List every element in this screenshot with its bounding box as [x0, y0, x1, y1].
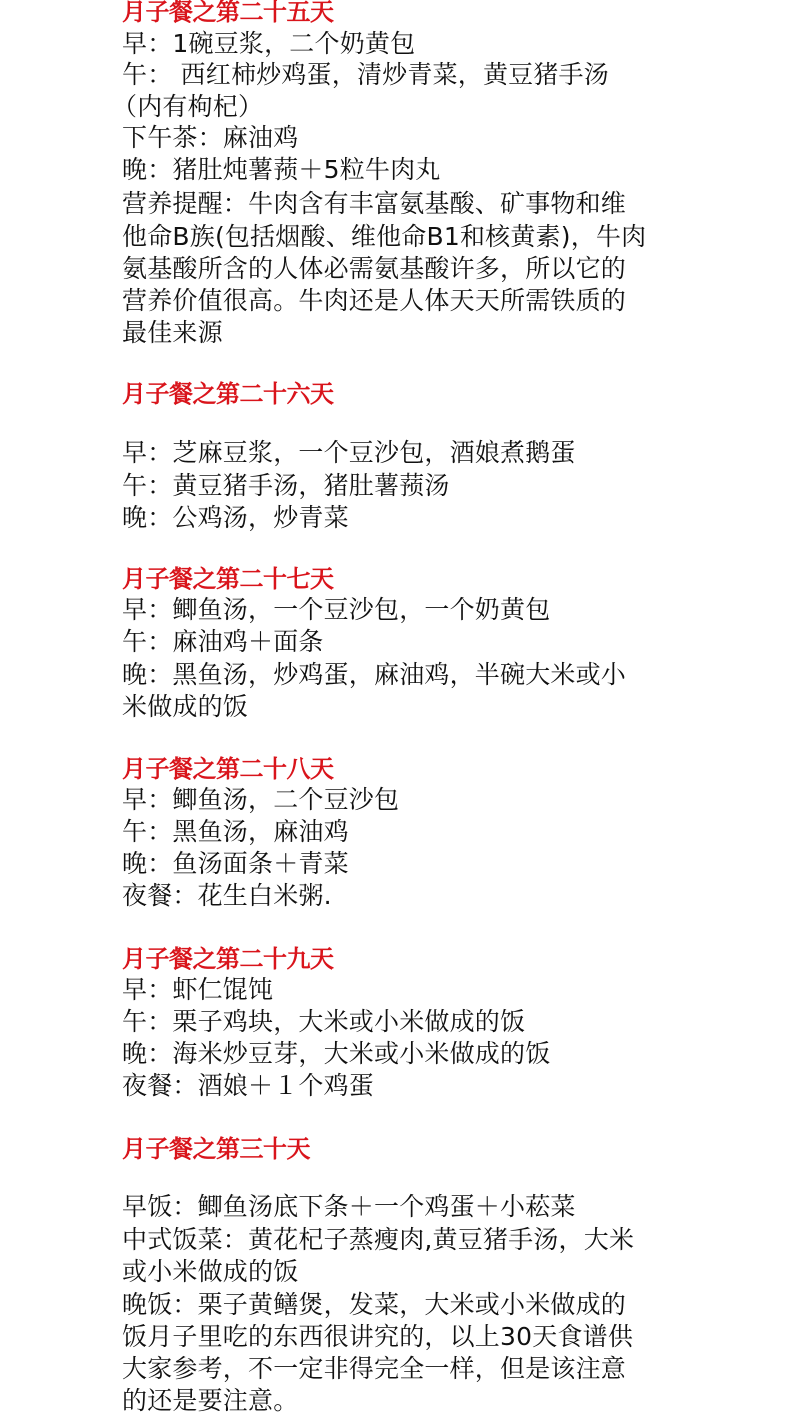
day-30-dinner: 晚饭：栗子黄鳝煲，发菜，大米或小米做成的 — [122, 1290, 626, 1320]
day-25-breakfast: 早：1碗豆浆，二个奶黄包 — [122, 29, 415, 59]
day-25-nutrition-tip-cont: 营养价值很高。牛肉还是人体天天所需铁质的 — [122, 286, 626, 316]
day-25-nutrition-tip-cont: 氨基酸所含的人体必需氨基酸许多，所以它的 — [122, 254, 626, 284]
day-25-title: 月子餐之第二十五天 — [122, 0, 334, 26]
day-26-breakfast: 早：芝麻豆浆，一个豆沙包，酒娘煮鹅蛋 — [122, 438, 576, 468]
day-29-lunch: 午：栗子鸡块，大米或小米做成的饭 — [122, 1007, 525, 1037]
day-25-afternoon-tea: 下午茶：麻油鸡 — [122, 123, 298, 153]
day-26-title: 月子餐之第二十六天 — [122, 380, 334, 408]
day-28-title: 月子餐之第二十八天 — [122, 755, 334, 783]
day-30-lunch-cont: 或小米做成的饭 — [122, 1257, 298, 1287]
day-27-lunch: 午：麻油鸡＋面条 — [122, 627, 324, 657]
day-28-night-meal: 夜餐：花生白米粥. — [122, 881, 332, 911]
closing-note: 饭月子里吃的东西很讲究的，以上30天食谱供 — [122, 1322, 633, 1352]
day-25-lunch: 午： 西红柿炒鸡蛋，清炒青菜，黄豆猪手汤 — [122, 60, 609, 90]
day-25-lunch-note: （内有枸杞） — [112, 92, 263, 122]
day-27-breakfast: 早：鲫鱼汤，一个豆沙包，一个奶黄包 — [122, 595, 550, 625]
day-29-dinner: 晚：海米炒豆芽，大米或小米做成的饭 — [122, 1039, 550, 1069]
day-27-title: 月子餐之第二十七天 — [122, 565, 334, 593]
day-25-dinner: 晚：猪肚炖薯蓣＋5粒牛肉丸 — [122, 155, 441, 185]
day-28-dinner: 晚：鱼汤面条＋青菜 — [122, 849, 349, 879]
day-30-lunch: 中式饭菜：黄花杞子蒸瘦肉,黄豆猪手汤，大米 — [122, 1225, 634, 1255]
day-25-nutrition-tip-cont: 他命B族(包括烟酸、维他命B1和核黄素)，牛肉 — [122, 222, 646, 252]
day-27-dinner: 晚：黑鱼汤，炒鸡蛋，麻油鸡，半碗大米或小 — [122, 660, 626, 690]
day-30-title: 月子餐之第三十天 — [122, 1135, 310, 1163]
day-25-nutrition-tip-cont: 最佳来源 — [122, 318, 223, 348]
day-28-lunch: 午：黑鱼汤，麻油鸡 — [122, 817, 349, 847]
day-29-breakfast: 早：虾仁馄饨 — [122, 975, 273, 1005]
closing-note-cont: 大家参考，不一定非得完全一样，但是该注意 — [122, 1354, 626, 1384]
day-26-dinner: 晚：公鸡汤，炒青菜 — [122, 503, 349, 533]
closing-note-cont: 的还是要注意。 — [122, 1386, 298, 1416]
day-29-night-meal: 夜餐：酒娘＋１个鸡蛋 — [122, 1071, 374, 1101]
day-26-lunch: 午：黄豆猪手汤，猪肚薯蓣汤 — [122, 471, 450, 501]
day-27-dinner-cont: 米做成的饭 — [122, 692, 248, 722]
day-30-breakfast: 早饭：鲫鱼汤底下条＋一个鸡蛋＋小菘菜 — [122, 1192, 576, 1222]
day-29-title: 月子餐之第二十九天 — [122, 945, 334, 973]
day-25-nutrition-tip: 营养提醒：牛肉含有丰富氨基酸、矿事物和维 — [122, 189, 626, 219]
day-28-breakfast: 早：鲫鱼汤，二个豆沙包 — [122, 785, 399, 815]
